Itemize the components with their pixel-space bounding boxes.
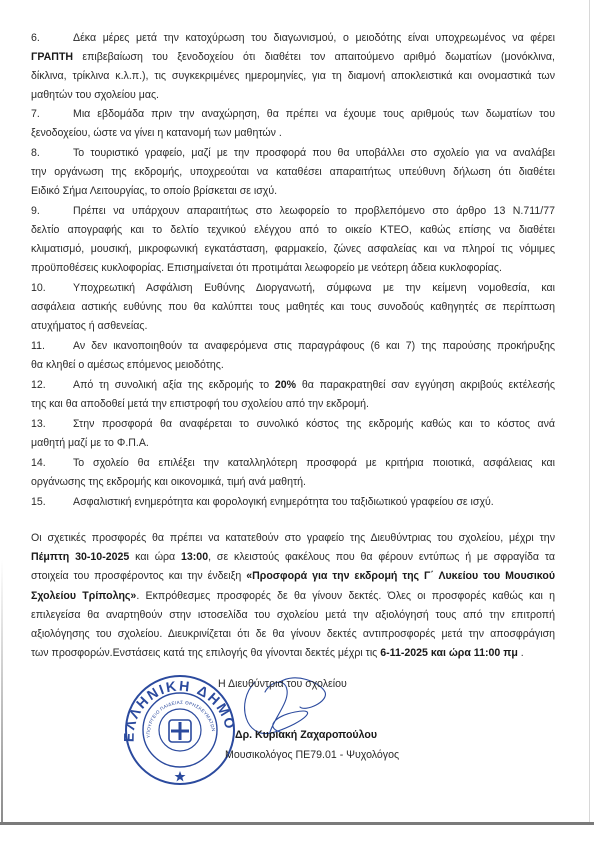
item-number: 12. <box>31 377 46 393</box>
signatory-title: Μουσικολόγος ΠΕ79.01 - Ψυχολόγος <box>225 747 399 763</box>
item-line: Μια εβδομάδα πριν την αναχώρηση, θα πρέπ… <box>73 106 555 122</box>
emphasis: ΓΡΑΠΤΗ <box>31 51 73 63</box>
item-line: Υποχρεωτική Ασφάλιση Ευθύνης Διοργανωτή,… <box>73 280 555 296</box>
item-number: 13. <box>31 416 46 432</box>
item-number: 7. <box>31 106 40 122</box>
item-line: Στην προσφορά θα αναφέρεται το συνολικό … <box>73 416 555 432</box>
signatory-role: Η Διευθύντρια του σχολείου <box>218 676 347 692</box>
item-line: ΓΡΑΠΤΗ επιβεβαίωση του ξενοδοχείου ότι δ… <box>31 49 555 65</box>
page-edge-right <box>589 0 590 823</box>
envelope-label: «Προσφορά για την εκδρομή της Γ΄ Λυκείου… <box>246 570 555 582</box>
document-page: 6.Δέκα μέρες μετά την κατοχύρωση του δια… <box>0 0 594 841</box>
closing-line: Οι σχετικές προσφορές θα πρέπει να κατατ… <box>31 530 555 546</box>
item-number: 10. <box>31 280 46 296</box>
item-number: 8. <box>31 145 40 161</box>
item-line: Από τη συνολική αξία της εκδρομής το 20%… <box>73 377 555 393</box>
item-line: θα κληθεί ο αμέσως επόμενος μειοδότης. <box>31 357 555 373</box>
page-background <box>0 825 594 841</box>
closing-line: στοιχεία του προσφέροντος και την ένδειξ… <box>31 568 555 584</box>
item-line: κλιματισμό, μουσική, μικροφωνική εγκατάσ… <box>31 241 555 257</box>
item-line: Δέκα μέρες μετά την κατοχύρωση του διαγω… <box>73 30 555 46</box>
item-line: δελτίο απογραφής και το δελτίο τεχνικού … <box>31 222 555 238</box>
item-line: Πρέπει να υπάρχουν απαραιτήτως στο λεωφο… <box>73 203 555 219</box>
item-number: 6. <box>31 30 40 46</box>
item-number: 9. <box>31 203 40 219</box>
closing-line: επιλεγείσα θα αναρτηθούν στην ιστοσελίδα… <box>31 607 555 623</box>
item-line: μαθητή μαζί με το Φ.Π.Α. <box>31 435 555 451</box>
item-line: Αν δεν ικανοποιηθούν τα αναφερόμενα στις… <box>73 338 555 354</box>
item-line: ατυχήματος ή ασθενείας. <box>31 318 555 334</box>
closing-line: αξιολόγησης του σχολείου. Διευκρινίζεται… <box>31 626 555 642</box>
envelope-label-cont: Σχολείου Τρίπολης» <box>31 590 136 602</box>
page-edge-left <box>1 560 3 825</box>
item-line: μαθητών του σχολείου μας. <box>31 87 555 103</box>
signatory-name: Δρ. Κυριακή Ζαχαροπούλου <box>235 727 377 743</box>
item-line: ξενοδοχείου, ώστε να γίνει η κατανομή τω… <box>31 125 555 141</box>
item-line: την οργάνωση της εκδρομής, υποχρεούται ν… <box>31 164 555 180</box>
item-line: Ασφαλιστική ενημερότητα και φορολογική ε… <box>73 494 555 510</box>
item-number: 11. <box>31 338 45 354</box>
item-line: οργάνωσης της εκδρομής και οικονομικά, τ… <box>31 474 555 490</box>
closing-line: Πέμπτη 30-10-2025 και ώρα 13:00, σε κλει… <box>31 549 555 565</box>
item-line: Το τουριστικό γραφείο, μαζί με την προσφ… <box>73 145 555 161</box>
item-line: της και θα αποδοθεί μετά την επιστροφή τ… <box>31 396 555 412</box>
closing-line: Σχολείου Τρίπολης». Εκπρόθεσμες προσφορέ… <box>31 588 555 604</box>
emphasis: 20% <box>275 379 296 391</box>
item-number: 15. <box>31 494 46 510</box>
deadline-date: Πέμπτη 30-10-2025 <box>31 551 129 563</box>
item-line: προϋποθέσεις κυκλοφορίας. Επισημαίνεται … <box>31 260 555 276</box>
item-line: δίκλινα, τρίκλινα κ.λ.π.), τις συγκεκριμ… <box>31 68 555 84</box>
objection-deadline: 6-11-2025 και ώρα 11:00 πμ <box>380 647 518 659</box>
deadline-time: 13:00 <box>181 551 208 563</box>
item-line: Το σχολείο θα επιλέξει την καταλληλότερη… <box>73 455 555 471</box>
closing-line: των προσφορών.Ενστάσεις κατά της επιλογή… <box>31 645 555 661</box>
item-line: Ειδικό Σήμα Λειτουργίας, το οποίο βρίσκε… <box>31 183 555 199</box>
item-line: ασφάλεια αστικής ευθύνης που θα καλύπτει… <box>31 299 555 315</box>
item-number: 14. <box>31 455 46 471</box>
